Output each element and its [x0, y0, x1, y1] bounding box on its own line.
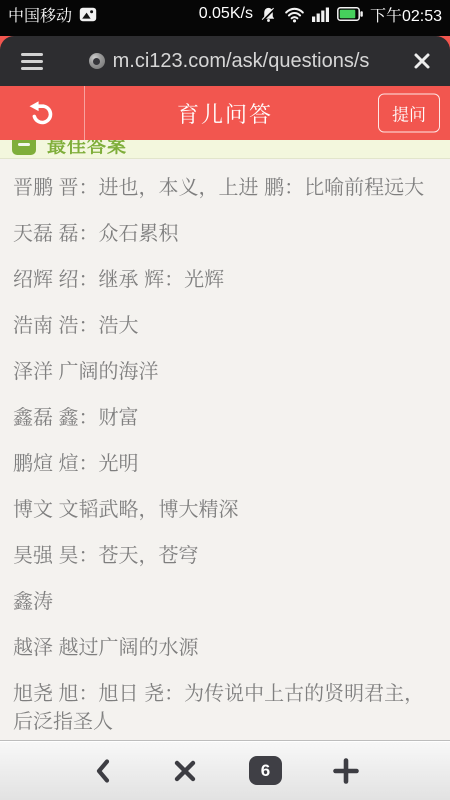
screen: 中国移动 0.05K/s	[0, 0, 450, 800]
back-button[interactable]	[0, 86, 84, 140]
answer-item: 鑫涛	[13, 588, 438, 616]
url-field[interactable]: m.ci123.com/ask/questions/s	[56, 50, 402, 73]
browser-bottom-toolbar: 6	[0, 740, 450, 800]
muted-bell-icon	[260, 6, 277, 23]
answers-list: 晋鹏 晋：进也，本义，上进 鹏：比喻前程远大天磊 磊：众石累积绍辉 绍：继承 辉…	[0, 160, 450, 740]
photo-icon	[79, 7, 97, 22]
back-icon	[25, 96, 59, 130]
address-bar[interactable]: m.ci123.com/ask/questions/s	[0, 36, 450, 86]
best-answer-label: 最佳答案	[47, 140, 127, 158]
answer-item: 鹏煊 煊：光明	[13, 450, 438, 478]
clock-label: 下午02:53	[370, 3, 442, 26]
status-right: 0.05K/s	[199, 3, 442, 26]
app-header: 育儿问答 提问	[0, 86, 450, 140]
site-icon	[89, 53, 105, 69]
wifi-icon	[284, 6, 305, 23]
carrier-label: 中国移动	[8, 3, 72, 26]
answer-item: 昊强 昊：苍天，苍穹	[13, 542, 438, 570]
answer-item: 浩南 浩：浩大	[13, 312, 438, 340]
menu-icon[interactable]	[8, 36, 56, 86]
answer-item: 越泽 越过广阔的水源	[13, 634, 438, 662]
network-speed: 0.05K/s	[199, 5, 253, 23]
best-answer-banner: 最佳答案	[0, 140, 450, 159]
header-divider	[84, 86, 85, 140]
ask-question-button[interactable]: 提问	[378, 94, 440, 133]
best-answer-icon	[12, 140, 36, 155]
tab-count-badge[interactable]: 6	[249, 756, 282, 785]
banner-inner: 最佳答案	[0, 140, 450, 159]
close-page-icon[interactable]	[402, 36, 442, 86]
answer-item: 博文 文韬武略，博大精深	[13, 496, 438, 524]
browser-chrome: m.ci123.com/ask/questions/s	[0, 28, 450, 86]
url-text: m.ci123.com/ask/questions/s	[113, 50, 370, 73]
status-bar: 中国移动 0.05K/s	[0, 0, 450, 28]
nav-close-icon[interactable]	[168, 754, 202, 788]
nav-add-icon[interactable]	[329, 754, 363, 788]
chrome-backdrop: m.ci123.com/ask/questions/s	[0, 36, 450, 86]
signal-icon	[312, 6, 330, 22]
answer-item: 绍辉 绍：继承 辉：光辉	[13, 266, 438, 294]
answer-item: 晋鹏 晋：进也，本义，上进 鹏：比喻前程远大	[13, 174, 438, 202]
answer-item: 泽洋 广阔的海洋	[13, 358, 438, 386]
nav-back-icon[interactable]	[87, 754, 121, 788]
answer-item: 鑫磊 鑫：财富	[13, 404, 438, 432]
answer-item: 天磊 磊：众石累积	[13, 220, 438, 248]
status-left: 中国移动	[8, 3, 97, 26]
battery-icon	[337, 7, 363, 21]
answer-item: 旭尧 旭：旭日 尧：为传说中上古的贤明君主，后泛指圣人	[13, 680, 438, 736]
